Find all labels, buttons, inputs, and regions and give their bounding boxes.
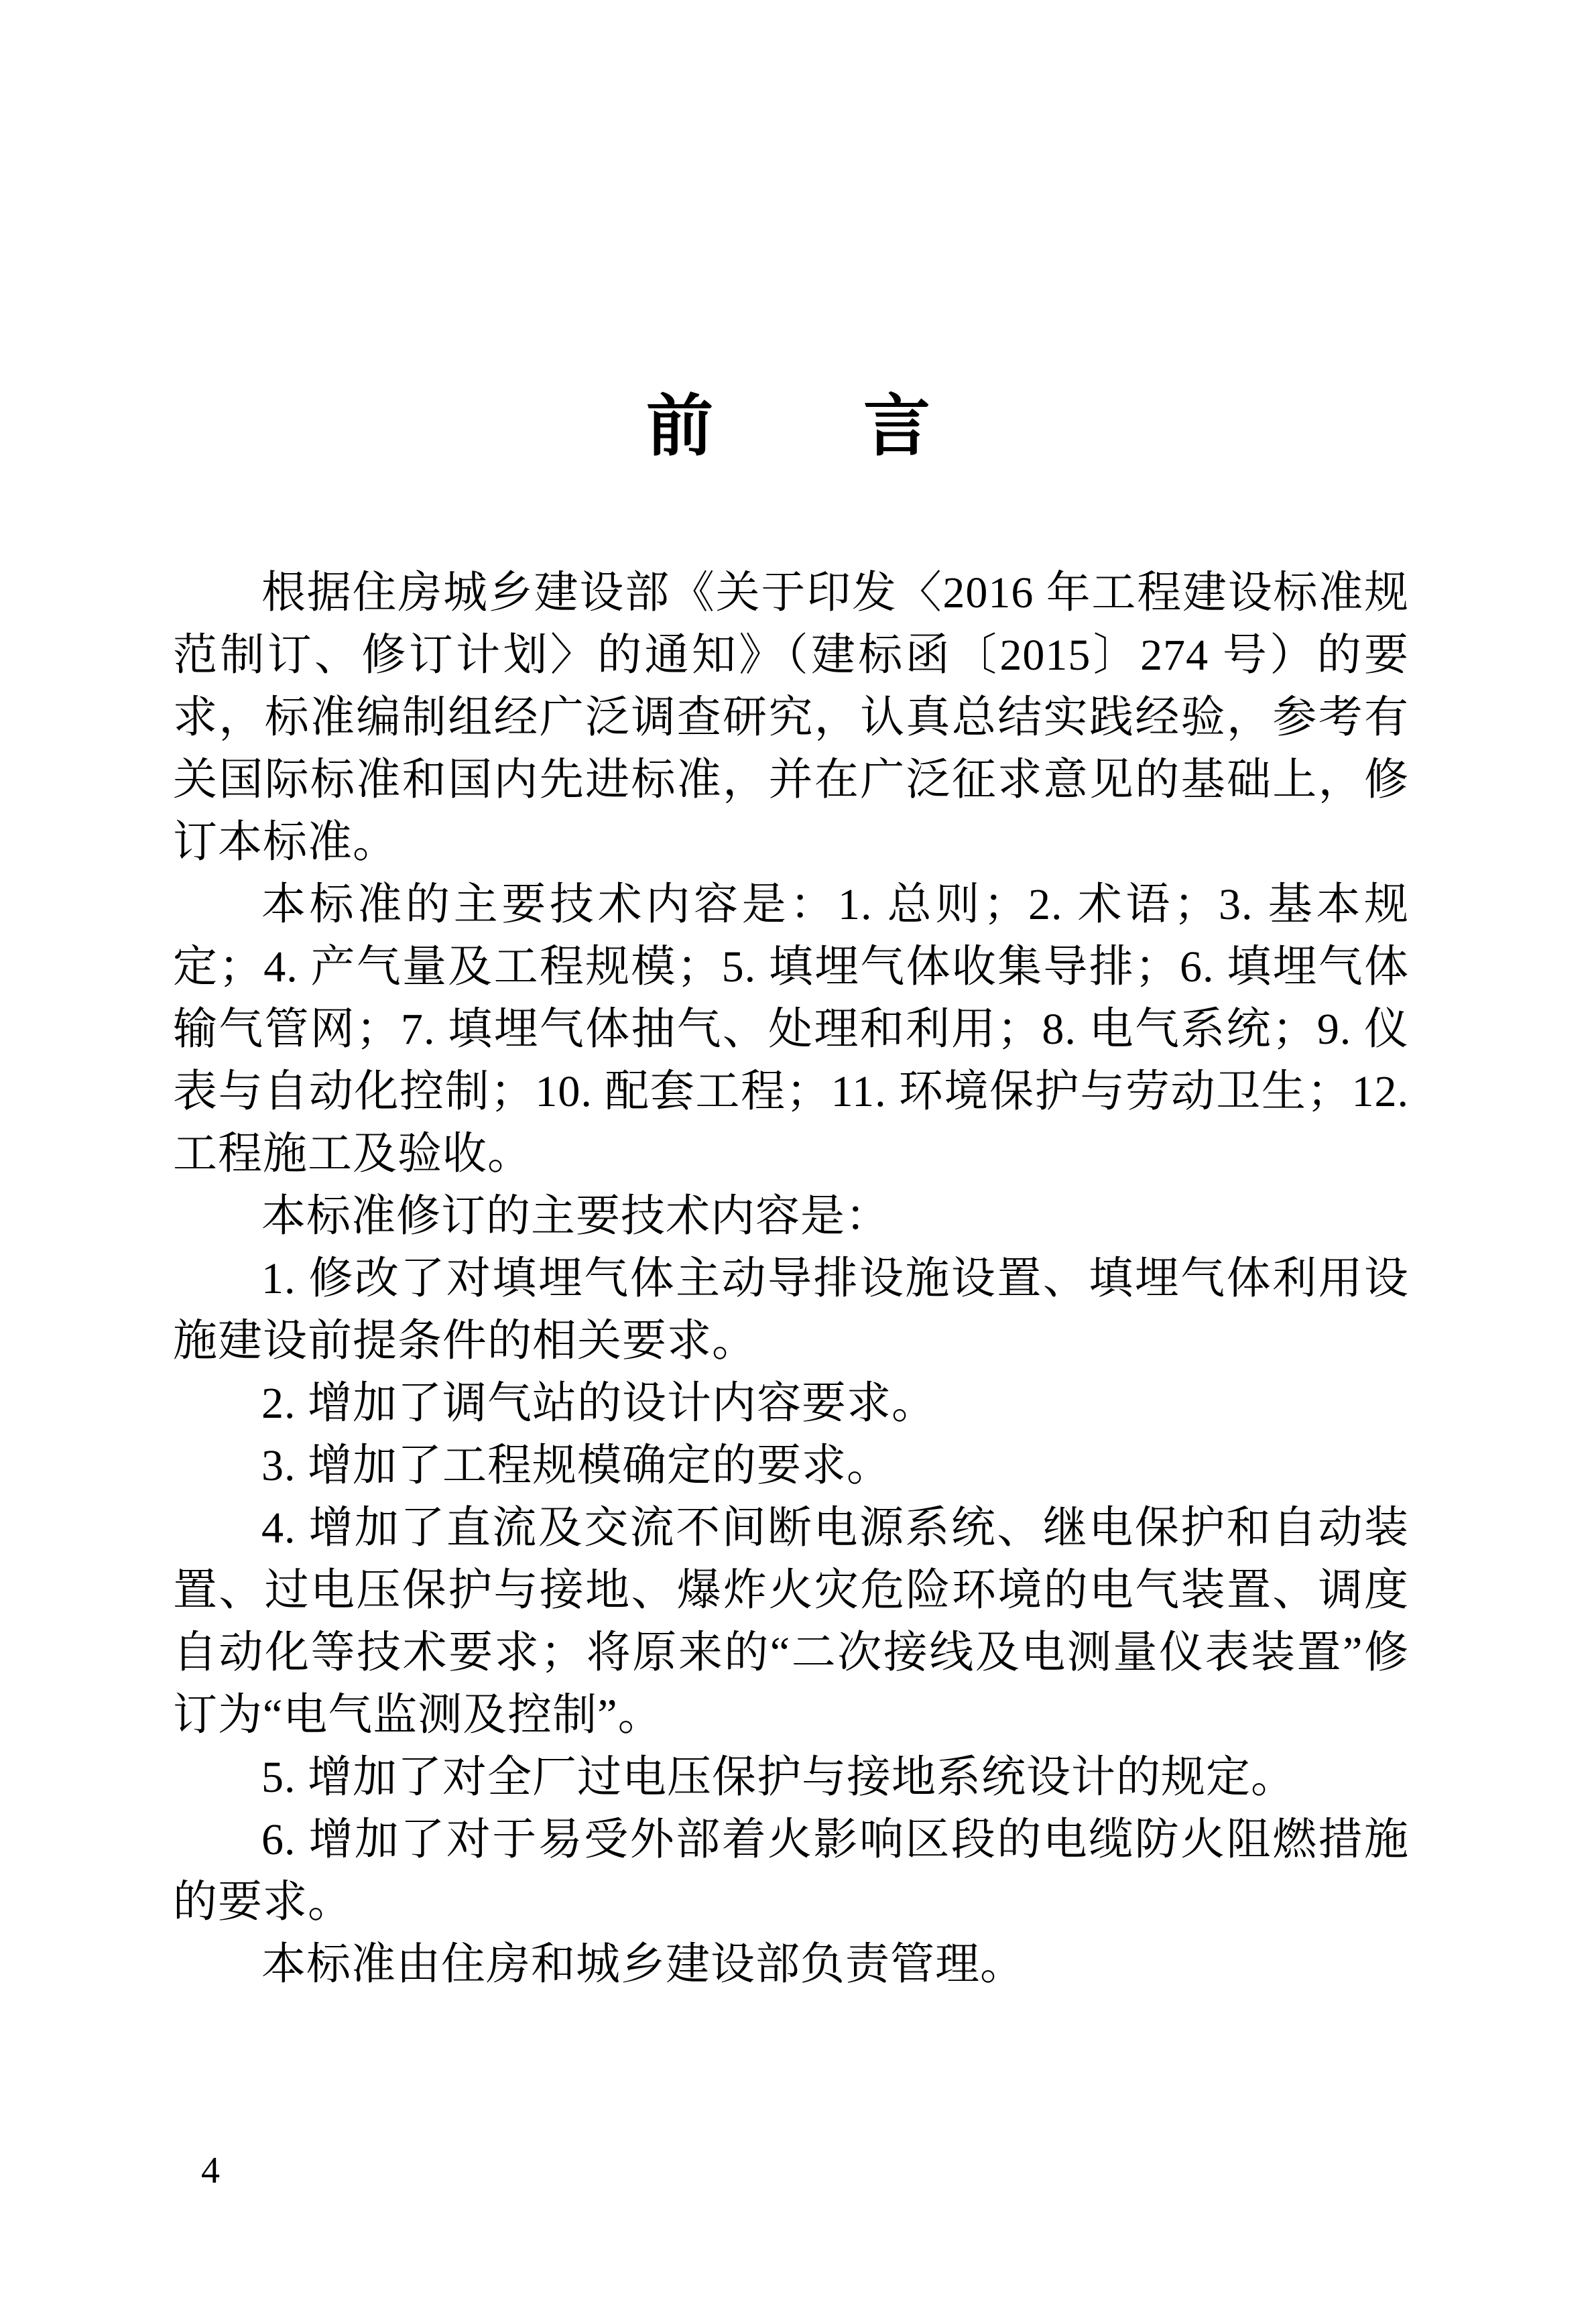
page-number: 4 bbox=[201, 2150, 220, 2191]
paragraph: 2. 增加了调气站的设计内容要求。 bbox=[173, 1372, 1409, 1435]
paragraph: 本标准的主要技术内容是：1. 总则；2. 术语；3. 基本规定；4. 产气量及工… bbox=[173, 873, 1409, 1185]
paragraph: 5. 增加了对全厂过电压保护与接地系统设计的规定。 bbox=[173, 1746, 1409, 1809]
paragraph: 本标准由住房和城乡建设部负责管理。 bbox=[173, 1933, 1409, 1996]
paragraph: 根据住房城乡建设部《关于印发〈2016 年工程建设标准规范制订、修订计划〉的通知… bbox=[173, 562, 1409, 873]
paragraph: 3. 增加了工程规模确定的要求。 bbox=[173, 1435, 1409, 1497]
paragraph: 本标准修订的主要技术内容是： bbox=[173, 1185, 1409, 1248]
foreword-body: 根据住房城乡建设部《关于印发〈2016 年工程建设标准规范制订、修订计划〉的通知… bbox=[173, 562, 1409, 1996]
paragraph: 1. 修改了对填埋气体主动导排设施设置、填埋气体利用设施建设前提条件的相关要求。 bbox=[173, 1248, 1409, 1372]
page-title: 前 言 bbox=[173, 390, 1409, 464]
paragraph: 4. 增加了直流及交流不间断电源系统、继电保护和自动装置、过电压保护与接地、爆炸… bbox=[173, 1497, 1409, 1746]
document-page: 前 言 根据住房城乡建设部《关于印发〈2016 年工程建设标准规范制订、修订计划… bbox=[0, 0, 1596, 2310]
paragraph: 6. 增加了对于易受外部着火影响区段的电缆防火阻燃措施的要求。 bbox=[173, 1809, 1409, 1933]
